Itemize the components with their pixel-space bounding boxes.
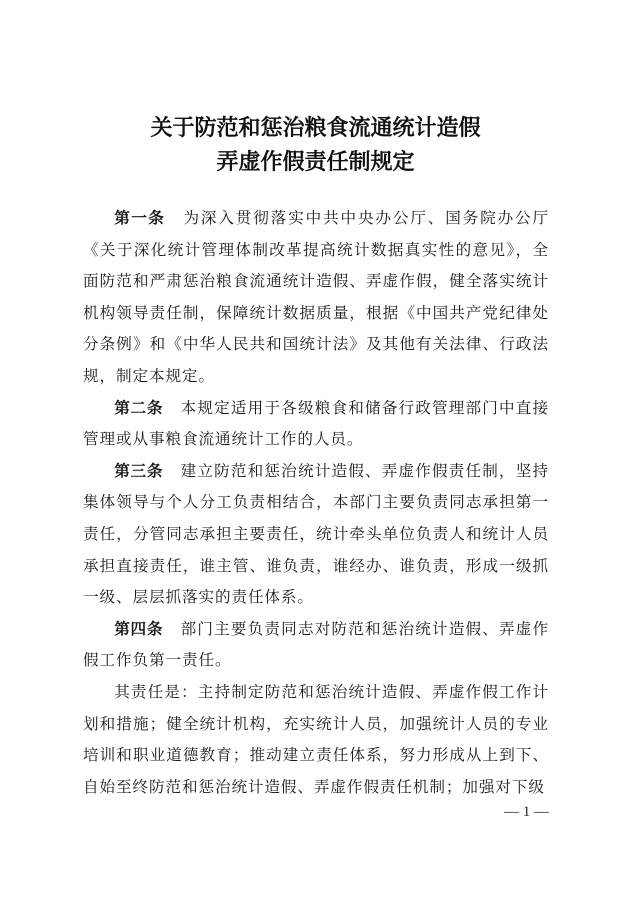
document-title: 关于防范和惩治粮食流通统计造假 弄虚作假责任制规定 bbox=[0, 111, 631, 179]
document-body: 第一条为深入贯彻落实中共中央办公厅、国务院办公厅《关于深化统计管理体制改革提高统… bbox=[83, 203, 549, 803]
article-text: 建立防范和惩治统计造假、弄虚作假责任制，坚持集体领导与个人分工负责相结合，本部门… bbox=[83, 462, 549, 606]
title-line-2: 弄虚作假责任制规定 bbox=[0, 145, 631, 179]
article-label: 第二条 bbox=[114, 399, 163, 417]
article-label: 第四条 bbox=[114, 620, 163, 638]
article-label: 第一条 bbox=[114, 209, 165, 227]
article-4: 第四条部门主要负责同志对防范和惩治统计造假、弄虚作假工作负第一责任。 bbox=[83, 614, 549, 677]
article-3: 第三条建立防范和惩治统计造假、弄虚作假责任制，坚持集体领导与个人分工负责相结合，… bbox=[83, 456, 549, 614]
article-2: 第二条本规定适用于各级粮食和储备行政管理部门中直接管理或从事粮食流通统计工作的人… bbox=[83, 393, 549, 456]
article-text: 为深入贯彻落实中共中央办公厅、国务院办公厅《关于深化统计管理体制改革提高统计数据… bbox=[83, 209, 549, 385]
article-label: 第三条 bbox=[114, 462, 163, 480]
article-1: 第一条为深入贯彻落实中共中央办公厅、国务院办公厅《关于深化统计管理体制改革提高统… bbox=[83, 203, 549, 393]
title-line-1: 关于防范和惩治粮食流通统计造假 bbox=[0, 111, 631, 145]
responsibility-paragraph: 其责任是：主持制定防范和惩治统计造假、弄虚作假工作计划和措施；健全统计机构，充实… bbox=[83, 677, 549, 803]
paragraph-text: 其责任是：主持制定防范和惩治统计造假、弄虚作假工作计划和措施；健全统计机构，充实… bbox=[83, 683, 549, 796]
document-page: 关于防范和惩治粮食流通统计造假 弄虚作假责任制规定 第一条为深入贯彻落实中共中央… bbox=[0, 0, 631, 897]
page-number: — 1 — bbox=[504, 804, 549, 821]
